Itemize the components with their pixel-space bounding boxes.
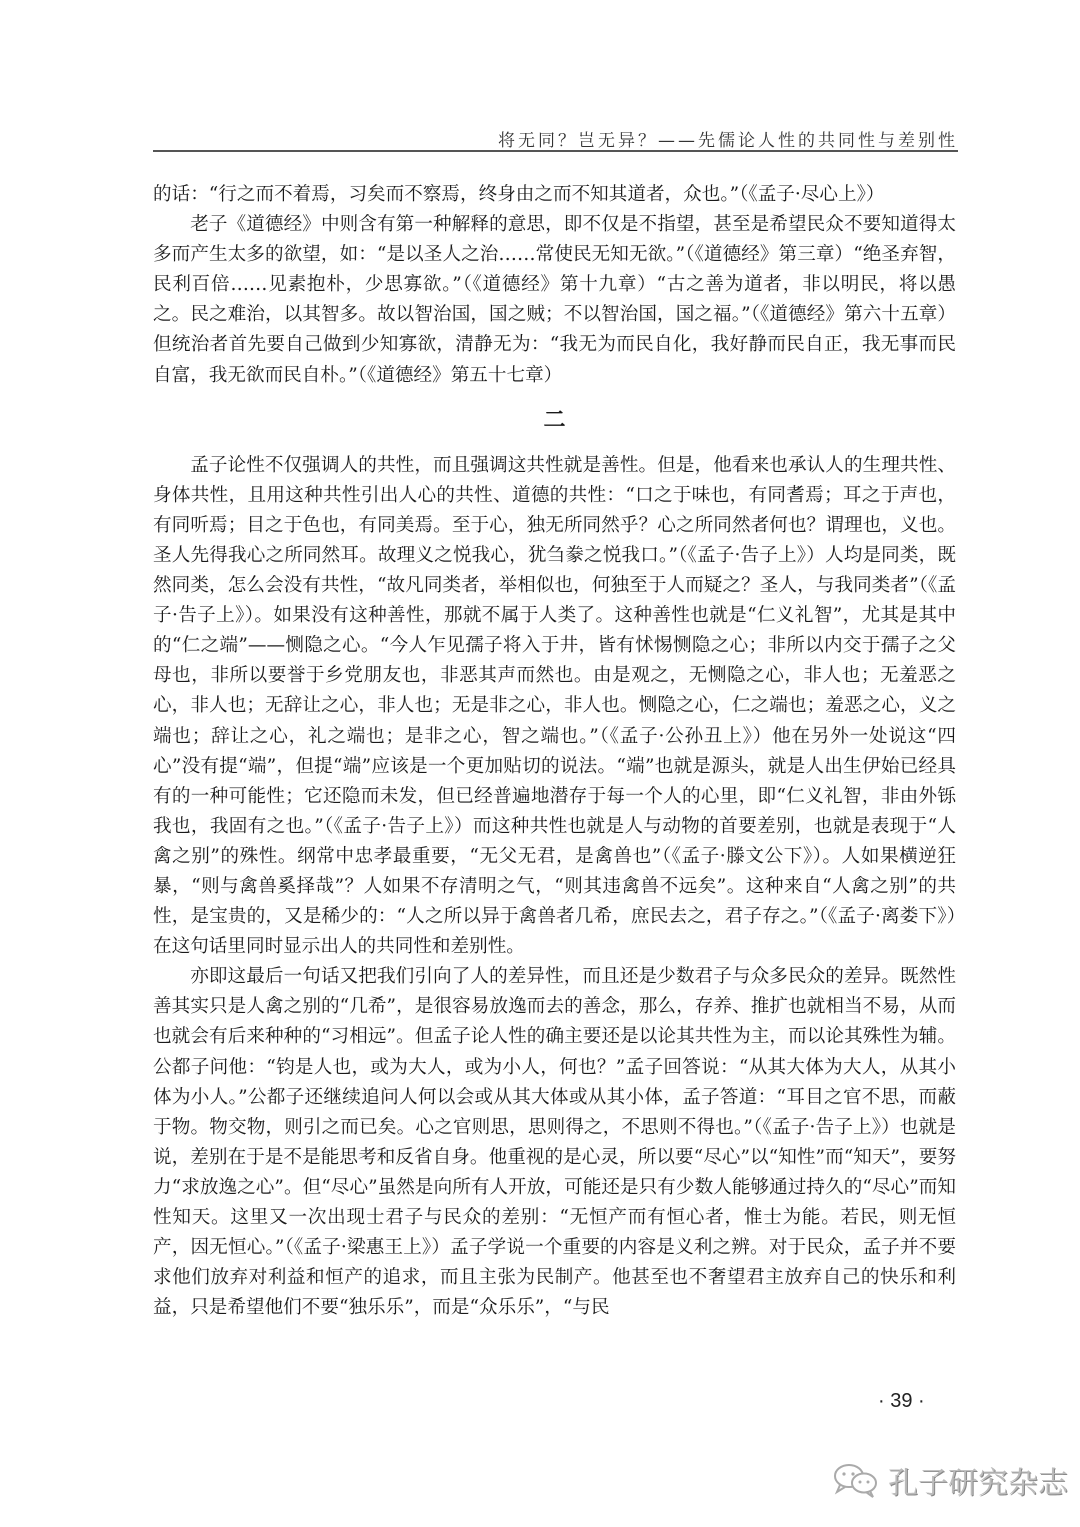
page-number: · 39 ·: [878, 1390, 925, 1413]
section-heading: 二: [153, 405, 956, 435]
watermark-text: 孔子研究杂志: [888, 1458, 1068, 1502]
paragraph: 的话：“行之而不着焉，习矣而不察焉，终身由之而不知其道者，众也。”（《孟子·尽心…: [153, 180, 956, 210]
article-body: 的话：“行之而不着焉，习矣而不察焉，终身由之而不知其道者，众也。”（《孟子·尽心…: [153, 180, 956, 1323]
paragraph: 孟子论性不仅强调人的共性，而且强调这共性就是善性。但是，他看来也承认人的生理共性…: [153, 451, 956, 963]
paragraph: 老子《道德经》中则含有第一种解释的意思，即不仅是不指望，甚至是希望民众不要知道得…: [153, 210, 956, 391]
running-head-title: 将无同？岂无异？——先儒论人性的共同性与差别性: [153, 126, 958, 151]
paragraph: 亦即这最后一句话又把我们引向了人的差异性，而且还是少数君子与众多民众的差异。既然…: [153, 962, 956, 1323]
watermark: 孔子研究杂志: [832, 1458, 1068, 1502]
wechat-icon: [832, 1462, 880, 1498]
header-rule: [153, 150, 958, 152]
